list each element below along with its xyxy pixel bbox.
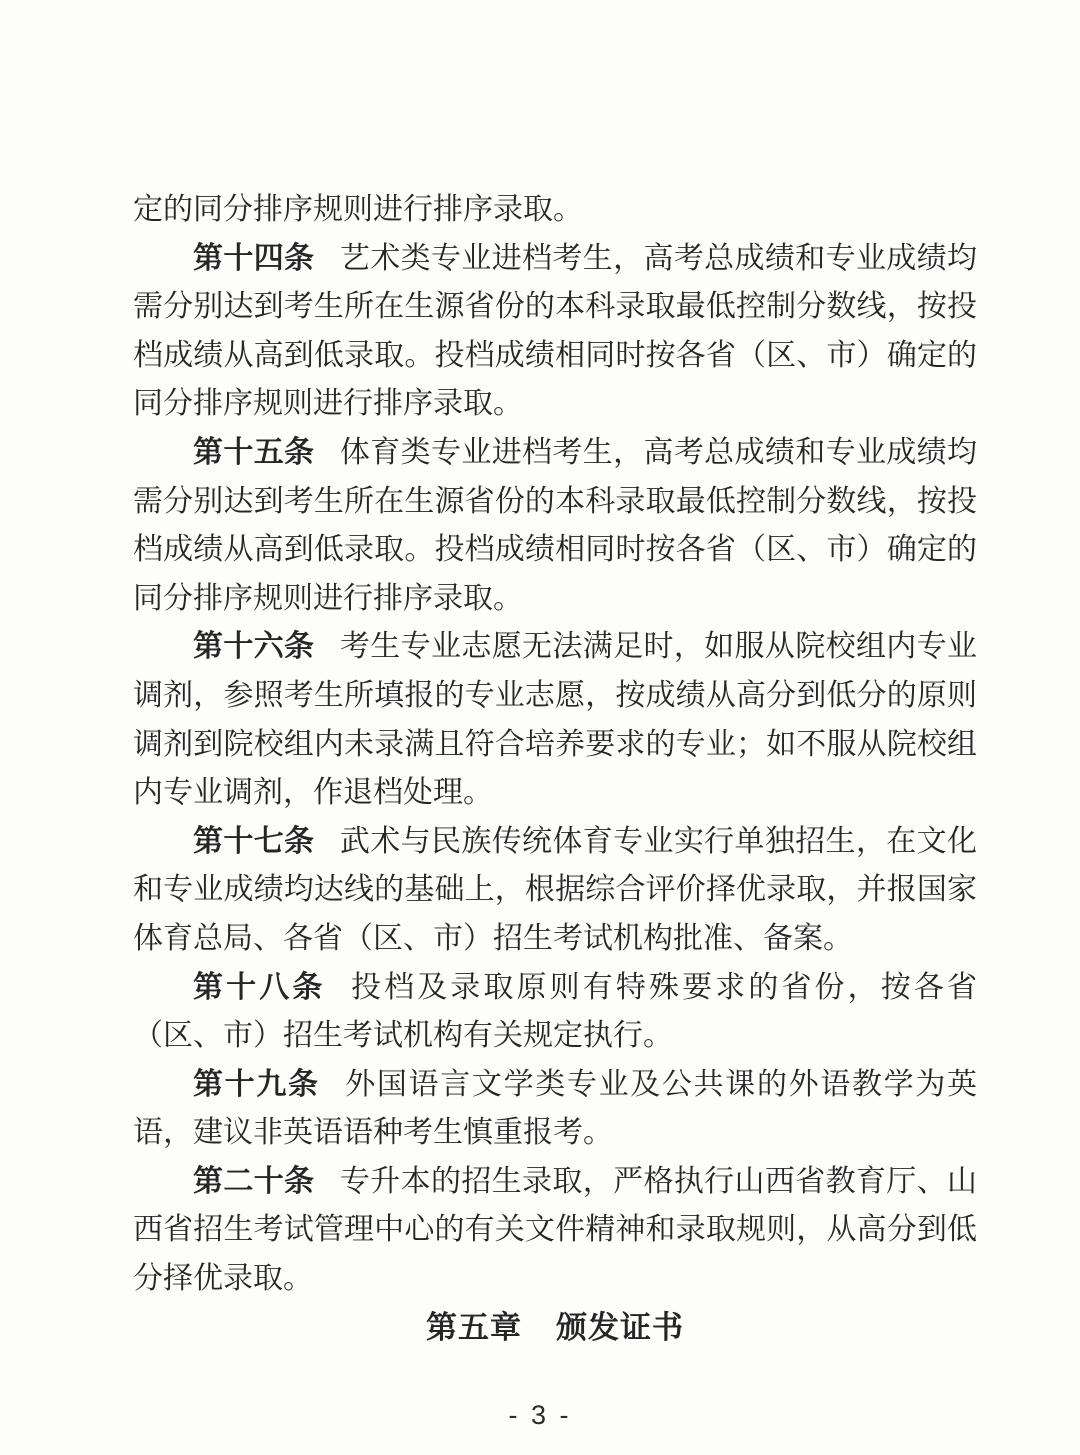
article-number: 第十九条 [193,1068,320,1101]
continuation-paragraph: 定的同分排序规则进行排序录取。 [133,186,977,235]
chapter-title: 颁发证书 [556,1310,684,1345]
chapter-number: 第五章 [426,1310,522,1345]
continuation-text: 定的同分排序规则进行排序录取。 [133,193,583,226]
article-paragraph: 第十四条艺术类专业进档考生，高考总成绩和专业成绩均需分别达到考生所在生源省份的本… [133,235,977,429]
document-page: 定的同分排序规则进行排序录取。 第十四条艺术类专业进档考生，高考总成绩和专业成绩… [0,0,1080,1455]
page-number: - 3 - [0,1400,1080,1431]
article-number: 第十八条 [193,971,325,1004]
article-paragraph: 第十五条体育类专业进档考生，高考总成绩和专业成绩均需分别达到考生所在生源省份的本… [133,429,977,623]
article-paragraph: 第十七条武术与民族传统体育专业实行单独招生，在文化和专业成绩均达线的基础上，根据… [133,818,977,964]
article-paragraph: 第二十条专升本的招生录取，严格执行山西省教育厅、山西省招生考试管理中心的有关文件… [133,1158,977,1304]
article-number: 第十五条 [193,436,314,469]
article-paragraph: 第十九条外国语言文学类专业及公共课的外语教学为英语，建议非英语语种考生慎重报考。 [133,1061,977,1158]
article-paragraph: 第十六条考生专业志愿无法满足时，如服从院校组内专业调剂，参照考生所填报的专业志愿… [133,623,977,817]
article-number: 第二十条 [193,1165,314,1198]
article-paragraph: 第十八条投档及录取原则有特殊要求的省份，按各省（区、市）招生考试机构有关规定执行… [133,964,977,1061]
document-body: 定的同分排序规则进行排序录取。 第十四条艺术类专业进档考生，高考总成绩和专业成绩… [133,186,977,1352]
chapter-heading: 第五章颁发证书 [133,1304,977,1353]
article-number: 第十七条 [193,825,314,858]
article-number: 第十四条 [193,242,314,275]
article-number: 第十六条 [193,630,314,663]
